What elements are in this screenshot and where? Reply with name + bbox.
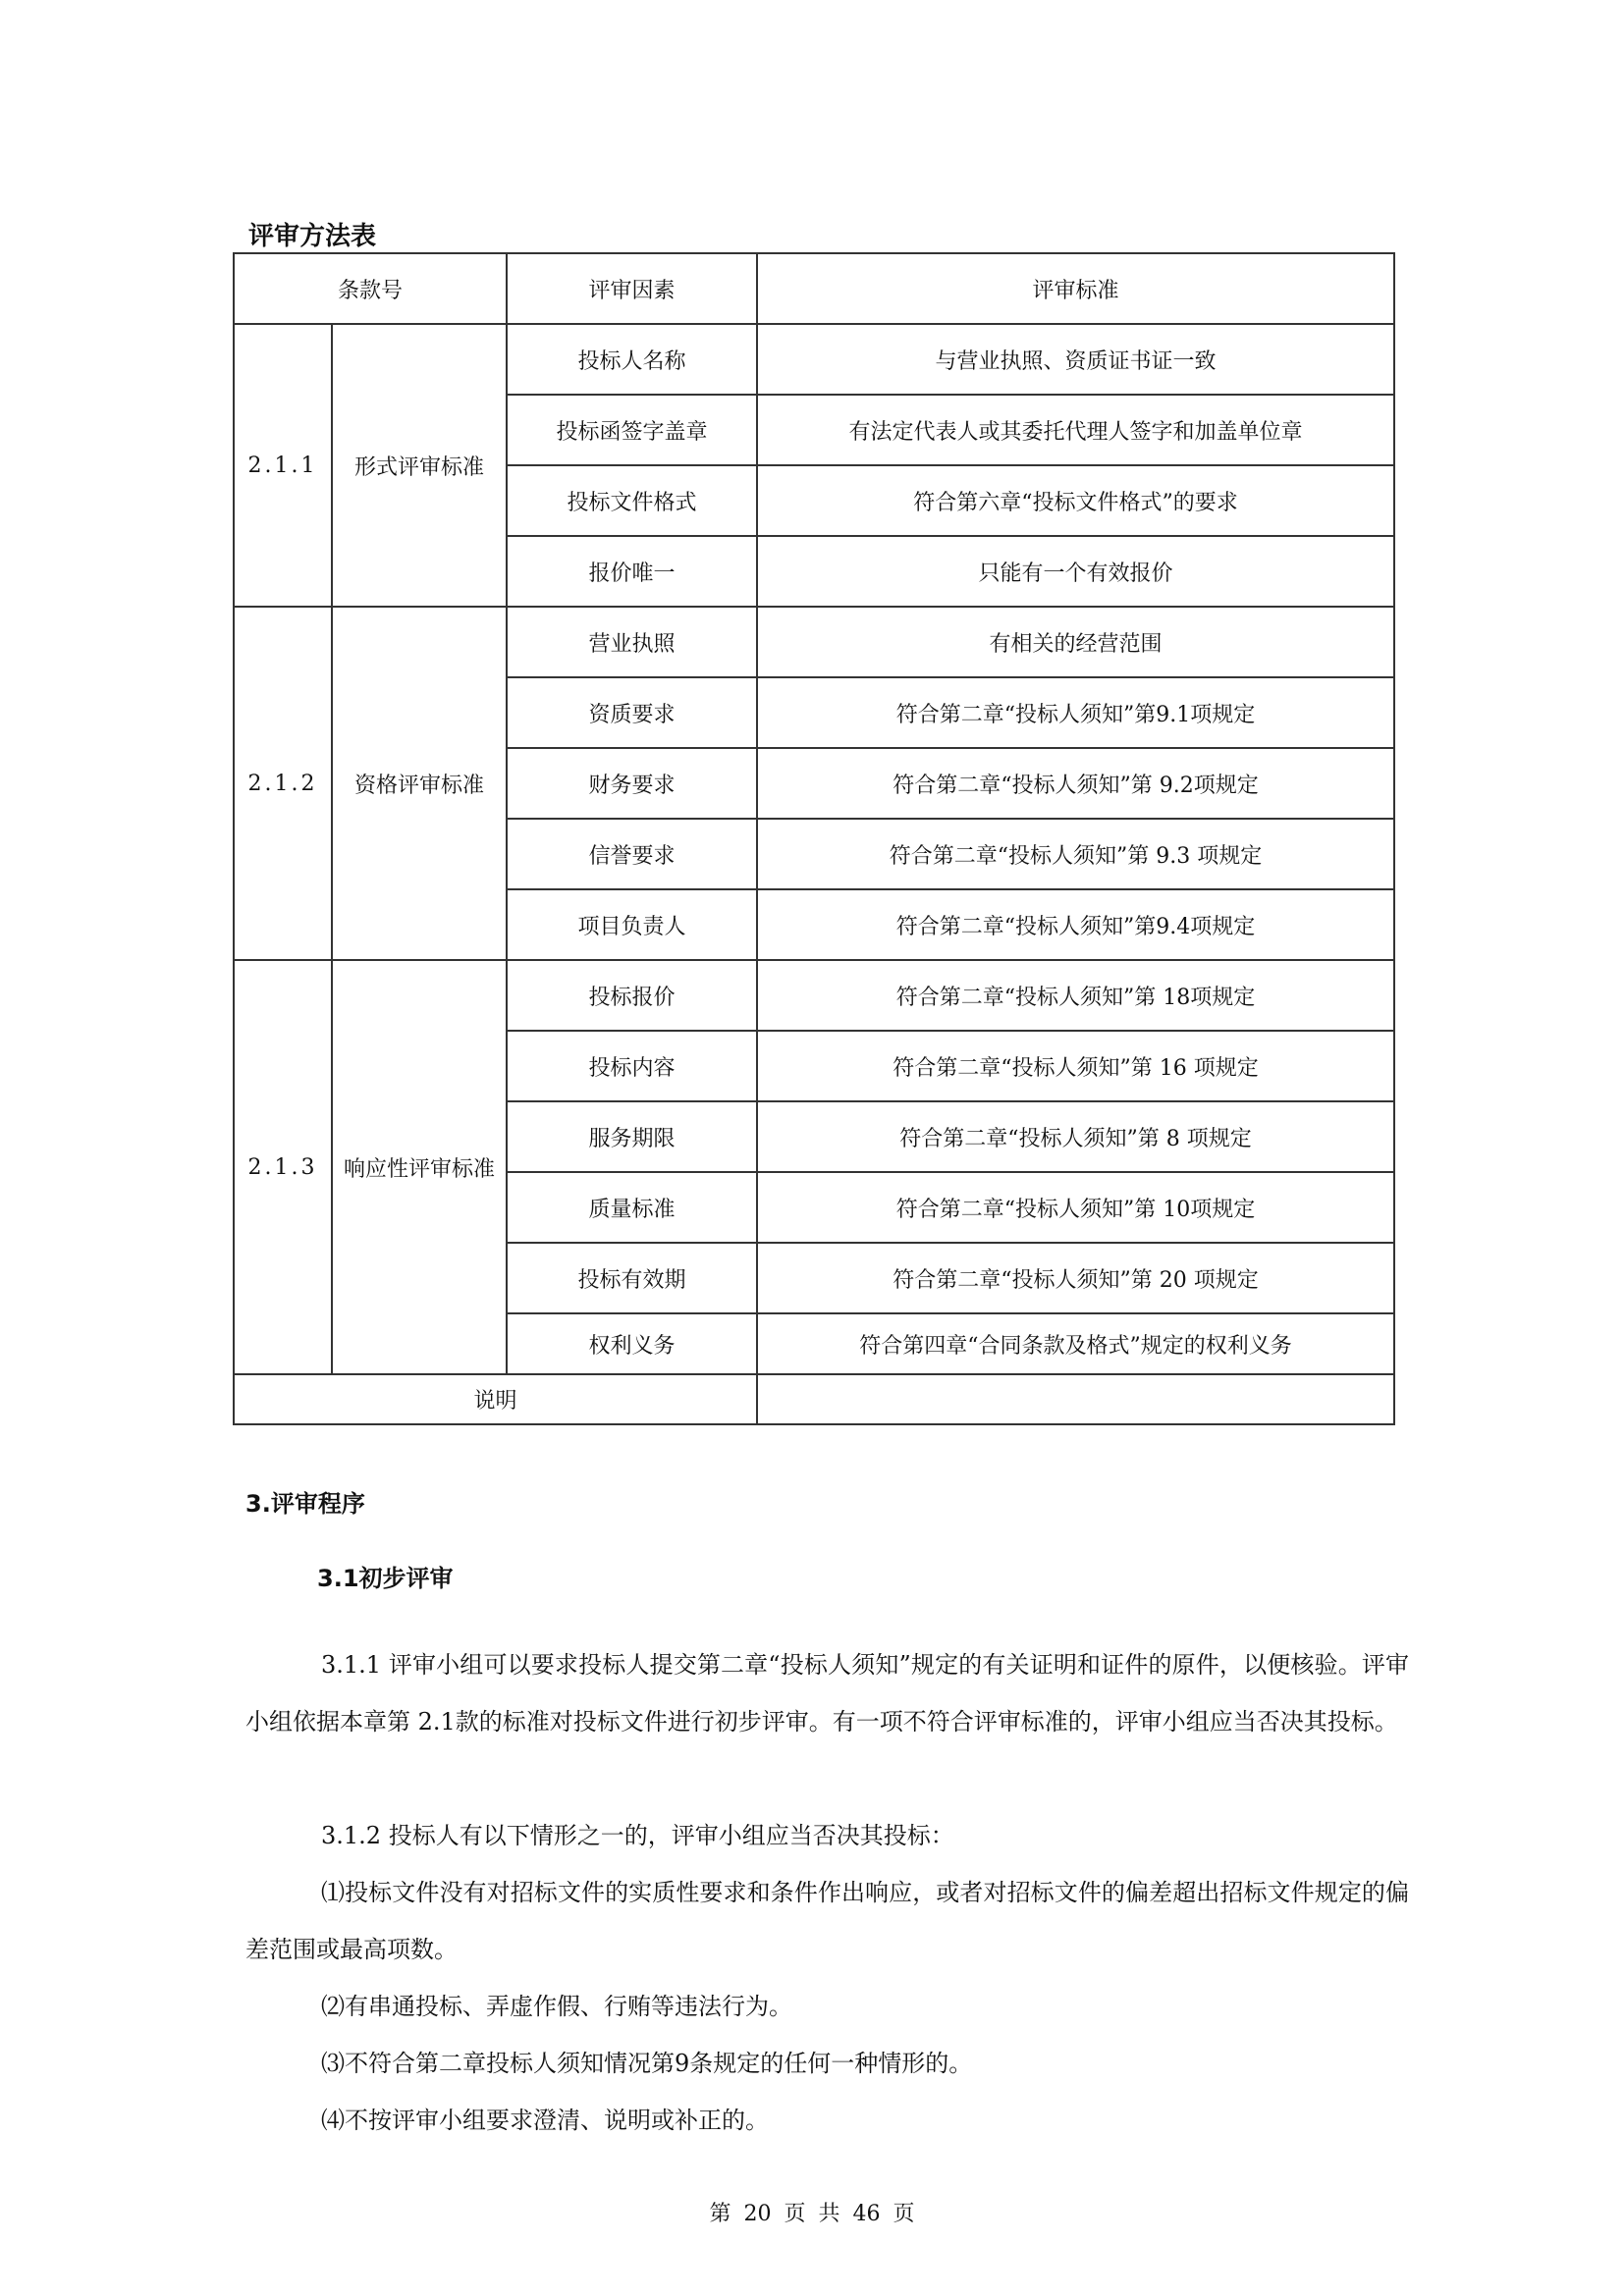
factor-cell: 投标报价 (507, 960, 757, 1031)
section-name: 响应性评审标准 (332, 960, 507, 1374)
header-clause: 条款号 (234, 253, 507, 324)
standard-cell: 符合第二章“投标人须知”第 10项规定 (757, 1172, 1394, 1243)
standard-cell: 符合第二章“投标人须知”第9.1项规定 (757, 677, 1394, 748)
factor-cell: 投标人名称 (507, 324, 757, 395)
paragraph-3-1-1: 3.1.1 评审小组可以要求投标人提交第二章“投标人须知”规定的有关证明和证件的… (245, 1636, 1409, 1750)
standard-cell: 符合第四章“合同条款及格式”规定的权利义务 (757, 1313, 1394, 1374)
standard-cell: 符合第二章“投标人须知”第 20 项规定 (757, 1243, 1394, 1313)
factor-cell: 权利义务 (507, 1313, 757, 1374)
header-standard: 评审标准 (757, 253, 1394, 324)
factor-cell: 项目负责人 (507, 889, 757, 960)
factor-cell: 服务期限 (507, 1101, 757, 1172)
table-row: 2.1.2 资格评审标准 营业执照 有相关的经营范围 (234, 607, 1394, 677)
table-row: 2.1.3 响应性评审标准 投标报价 符合第二章“投标人须知”第 18项规定 (234, 960, 1394, 1031)
note-row: 说明 (234, 1374, 1394, 1424)
subsection-heading: 3.1初步评审 (317, 1559, 454, 1593)
standard-cell: 符合第二章“投标人须知”第 8 项规定 (757, 1101, 1394, 1172)
list-item: ⑷不按评审小组要求澄清、说明或补正的。 (245, 2092, 1409, 2149)
factor-cell: 投标内容 (507, 1031, 757, 1101)
factor-cell: 投标有效期 (507, 1243, 757, 1313)
standard-cell: 只能有一个有效报价 (757, 536, 1394, 607)
clause-number: 2.1.1 (234, 324, 332, 607)
standard-cell: 符合第二章“投标人须知”第 16 项规定 (757, 1031, 1394, 1101)
table-header-row: 条款号 评审因素 评审标准 (234, 253, 1394, 324)
section-name: 资格评审标准 (332, 607, 507, 960)
standard-cell: 符合第二章“投标人须知”第 18项规定 (757, 960, 1394, 1031)
list-item: ⑶不符合第二章投标人须知情况第9条规定的任何一种情形的。 (245, 2035, 1409, 2092)
table-row: 2.1.1 形式评审标准 投标人名称 与营业执照、资质证书证一致 (234, 324, 1394, 395)
evaluation-method-table: 条款号 评审因素 评审标准 2.1.1 形式评审标准 投标人名称 与营业执照、资… (233, 252, 1395, 1425)
standard-cell: 有相关的经营范围 (757, 607, 1394, 677)
factor-cell: 资质要求 (507, 677, 757, 748)
factor-cell: 营业执照 (507, 607, 757, 677)
factor-cell: 财务要求 (507, 748, 757, 819)
clause-number: 2.1.2 (234, 607, 332, 960)
paragraph-3-1-2: 3.1.2 投标人有以下情形之一的，评审小组应当否决其投标： (245, 1807, 1409, 1864)
list-item: ⑴投标文件没有对招标文件的实质性要求和条件作出响应，或者对招标文件的偏差超出招标… (245, 1864, 1409, 1978)
clause-number: 2.1.3 (234, 960, 332, 1374)
page-number: 第 20 页 共 46 页 (0, 2197, 1624, 2227)
factor-cell: 报价唯一 (507, 536, 757, 607)
header-factor: 评审因素 (507, 253, 757, 324)
factor-cell: 信誉要求 (507, 819, 757, 889)
factor-cell: 质量标准 (507, 1172, 757, 1243)
list-item: ⑵有串通投标、弄虚作假、行贿等违法行为。 (245, 1978, 1409, 2035)
standard-cell: 符合第二章“投标人须知”第9.4项规定 (757, 889, 1394, 960)
table-title: 评审方法表 (248, 216, 376, 252)
note-label: 说明 (234, 1374, 757, 1424)
standard-cell: 与营业执照、资质证书证一致 (757, 324, 1394, 395)
standard-cell: 符合第六章“投标文件格式”的要求 (757, 465, 1394, 536)
standard-cell: 符合第二章“投标人须知”第 9.3 项规定 (757, 819, 1394, 889)
note-value (757, 1374, 1394, 1424)
section-heading: 3.评审程序 (245, 1484, 365, 1519)
factor-cell: 投标函签字盖章 (507, 395, 757, 465)
standard-cell: 符合第二章“投标人须知”第 9.2项规定 (757, 748, 1394, 819)
section-name: 形式评审标准 (332, 324, 507, 607)
standard-cell: 有法定代表人或其委托代理人签字和加盖单位章 (757, 395, 1394, 465)
factor-cell: 投标文件格式 (507, 465, 757, 536)
